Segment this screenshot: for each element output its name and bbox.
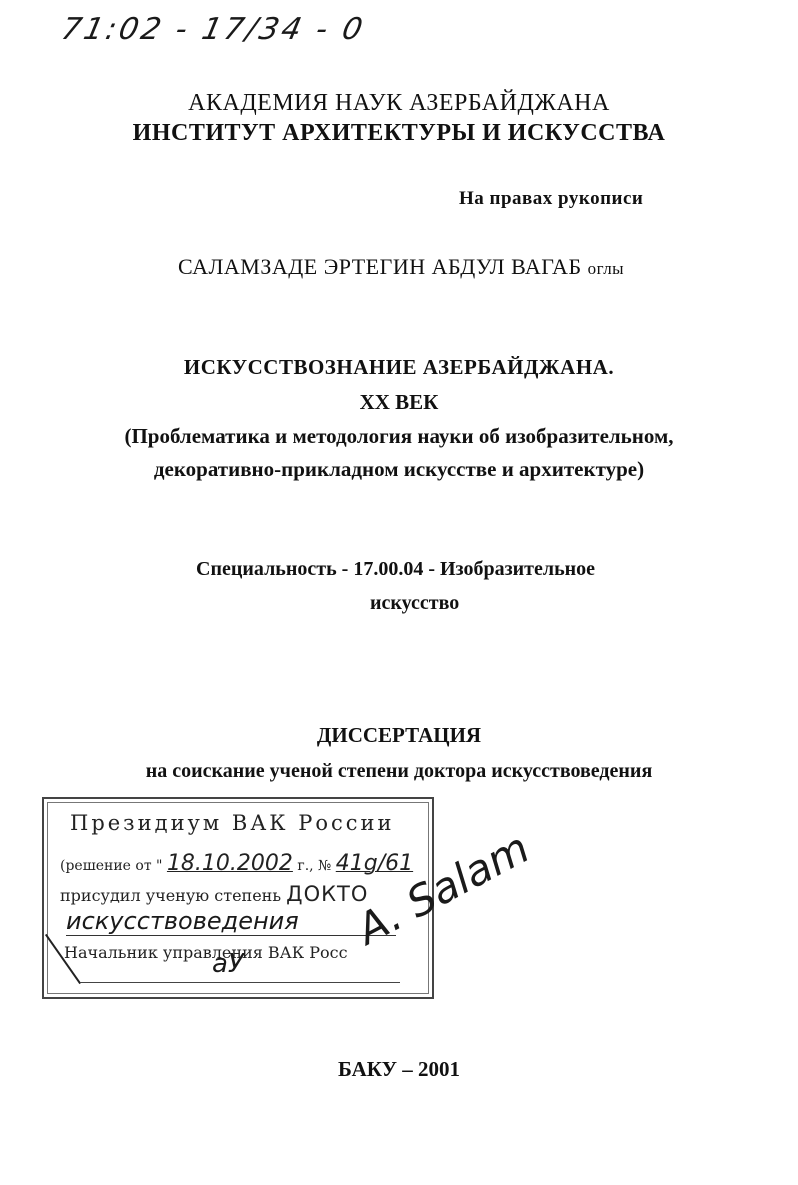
- subtitle-line-1: (Проблематика и методология науки об изо…: [0, 424, 798, 449]
- title-century: XX ВЕК: [0, 390, 798, 415]
- awarded-degree: ДОКТО: [286, 882, 368, 906]
- archive-number: 71:02 - 17/34 - 0: [58, 12, 368, 47]
- city-year: БАКУ – 2001: [0, 1057, 798, 1082]
- stamp-head-label: Начальник управления ВАК Росс: [64, 943, 348, 962]
- author-suffix: оглы: [588, 259, 625, 278]
- specialty-line-2: искусство: [370, 592, 459, 615]
- head-signature: aУ: [212, 949, 244, 979]
- title-main: ИСКУССТВОЗНАНИЕ АЗЕРБАЙДЖАНА.: [0, 355, 798, 380]
- institute-name: ИНСТИТУТ АРХИТЕКТУРЫ И ИСКУССТВА: [0, 120, 798, 147]
- manuscript-rights: На правах рукописи: [459, 188, 643, 210]
- stamp-title: Президиум ВАК России: [70, 811, 394, 835]
- awarded-prefix: присудил ученую степень: [60, 886, 281, 905]
- subtitle-line-2: декоративно-прикладном искусстве и архит…: [0, 457, 798, 482]
- dissertation-purpose: на соискание ученой степени доктора иску…: [0, 760, 798, 783]
- specialty-line-1: Специальность - 17.00.04 - Изобразительн…: [196, 558, 595, 581]
- decision-number: 41g/61: [336, 851, 413, 876]
- signature-line: [80, 982, 400, 983]
- decision-prefix: (решение от ": [60, 858, 162, 874]
- handwritten-degree-field: искусствоведения: [66, 907, 396, 936]
- stamp-decision-line: (решение от " 18.10.2002 г., № 41g/61: [60, 851, 413, 876]
- decision-number-prefix: г., №: [297, 858, 331, 874]
- academy-name: АКАДЕМИЯ НАУК АЗЕРБАЙДЖАНА: [0, 90, 798, 117]
- author-line: САЛАМЗАДЕ ЭРТЕГИН АБДУЛ ВАГАБ оглы: [178, 254, 624, 280]
- stamp-awarded-line: присудил ученую степень ДОКТО: [60, 882, 368, 906]
- dissertation-label: ДИССЕРТАЦИЯ: [0, 723, 798, 748]
- decision-date: 18.10.2002: [167, 851, 293, 876]
- author-name: САЛАМЗАДЕ ЭРТЕГИН АБДУЛ ВАГАБ: [178, 254, 582, 279]
